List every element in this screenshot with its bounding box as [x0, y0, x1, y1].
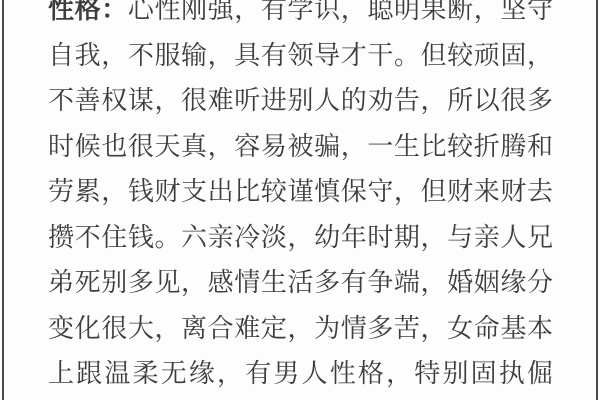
line-text: 心性刚强，有学识，聪明果断，坚守 [128, 0, 553, 24]
article-page: 性格：心性刚强，有学识，聪明果断，坚守 自我，不服输，具有领导才干。但较顽固， … [0, 0, 600, 400]
paragraph-line-4: 时候也很天真，容易被骗，一生比较折腾和 [48, 124, 553, 170]
right-edge-rule [596, 0, 598, 400]
section-label: 性格： [48, 0, 128, 24]
personality-paragraph: 性格：心性刚强，有学识，聪明果断，坚守 自我，不服输，具有领导才干。但较顽固， … [48, 0, 553, 397]
paragraph-line-6: 攒不住钱。六亲冷淡，幼年时期，与亲人兄 [48, 215, 553, 261]
paragraph-line-3: 不善权谋，很难听进别人的劝告，所以很多 [48, 78, 553, 124]
paragraph-line-2: 自我，不服输，具有领导才干。但较顽固， [48, 33, 553, 79]
paragraph-line-5: 劳累，钱财支出比较谨慎保守，但财来财去 [48, 169, 553, 215]
paragraph-line-1: 性格：心性刚强，有学识，聪明果断，坚守 [48, 0, 553, 33]
paragraph-line-8: 变化很大，离合难定，为情多苦，女命基本 [48, 306, 553, 352]
left-edge-rule [2, 0, 4, 400]
paragraph-line-9: 上跟温柔无缘，有男人性格，特别固执倔 [48, 351, 553, 397]
paragraph-line-7: 弟死别多见，感情生活多有争端，婚姻缘分 [48, 260, 553, 306]
